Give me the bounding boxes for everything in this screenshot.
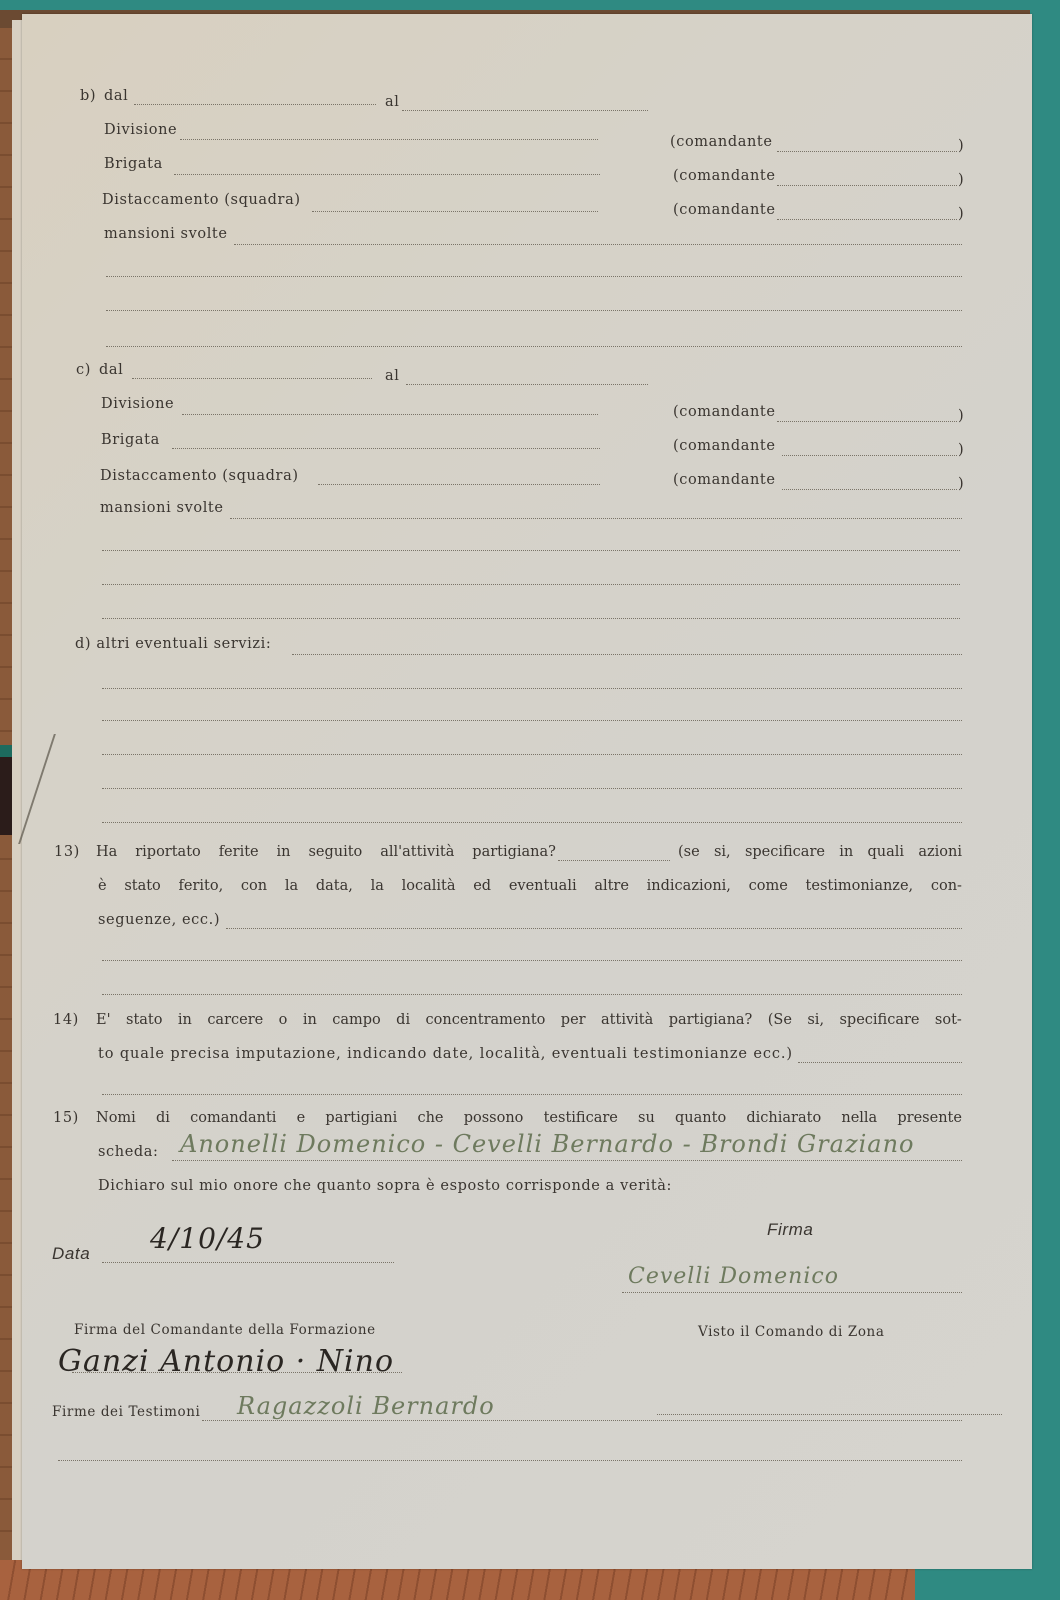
word: specificare bbox=[745, 844, 825, 860]
word: campo bbox=[332, 1012, 381, 1028]
dal-field[interactable] bbox=[132, 378, 372, 379]
close-paren: ) bbox=[958, 138, 964, 154]
q13-line2: è stato ferito, con la data, la località… bbox=[98, 878, 962, 894]
mansioni-field[interactable] bbox=[234, 244, 962, 245]
data-label: Data bbox=[52, 1244, 90, 1264]
altri-servizi-line[interactable] bbox=[102, 788, 962, 789]
word: in bbox=[178, 1012, 192, 1028]
word: (se bbox=[678, 844, 700, 860]
mansioni-field[interactable] bbox=[230, 518, 962, 519]
question-number: 14) bbox=[53, 1012, 79, 1028]
word: seguito bbox=[308, 844, 362, 860]
word: testificare bbox=[544, 1110, 618, 1126]
testimoni-label: Firme dei Testimoni bbox=[52, 1404, 200, 1420]
dal-field[interactable] bbox=[134, 104, 376, 105]
word: Nomi bbox=[96, 1110, 136, 1126]
mansioni-line[interactable] bbox=[102, 618, 960, 619]
comandante-label: (comandante bbox=[673, 168, 776, 184]
word: ed bbox=[473, 878, 491, 894]
word: come bbox=[749, 878, 788, 894]
altri-servizi-line[interactable] bbox=[102, 688, 962, 689]
word: di bbox=[156, 1110, 170, 1126]
divisione-field[interactable] bbox=[180, 139, 598, 140]
word: si, bbox=[807, 1012, 824, 1028]
comandante-formazione-label: Firma del Comandante della Formazione bbox=[74, 1322, 376, 1338]
word: carcere bbox=[207, 1012, 263, 1028]
data-field[interactable] bbox=[102, 1262, 394, 1263]
distaccamento-label: Distaccamento (squadra) bbox=[100, 468, 299, 484]
altri-servizi-label: d) altri eventuali servizi: bbox=[75, 636, 271, 652]
word: quali bbox=[868, 844, 905, 860]
close-paren: ) bbox=[958, 172, 964, 188]
distaccamento-label: Distaccamento (squadra) bbox=[102, 192, 301, 208]
al-label: al bbox=[385, 368, 399, 384]
comandante-brigata-field[interactable] bbox=[777, 185, 957, 186]
brigata-field[interactable] bbox=[172, 448, 600, 449]
scheda-field[interactable] bbox=[172, 1160, 962, 1161]
close-paren: ) bbox=[958, 206, 964, 222]
divisione-label: Divisione bbox=[101, 396, 174, 412]
al-label: al bbox=[385, 94, 399, 110]
comandante-distaccamento-field[interactable] bbox=[777, 219, 957, 220]
word: Ha bbox=[96, 844, 117, 860]
word: data, bbox=[316, 878, 353, 894]
word: sot- bbox=[935, 1012, 962, 1028]
comandante-distaccamento-field[interactable] bbox=[782, 489, 957, 490]
comandante-label: (comandante bbox=[673, 202, 776, 218]
mansioni-line[interactable] bbox=[106, 276, 962, 277]
word: su bbox=[638, 1110, 655, 1126]
word: è bbox=[98, 878, 107, 894]
firma-label: Firma bbox=[767, 1220, 813, 1240]
form-page: b) dal al Divisione (comandante ) Brigat… bbox=[22, 14, 1032, 1569]
section-c-marker: c) bbox=[76, 362, 91, 378]
word: partigiana? bbox=[669, 1012, 753, 1028]
word: e bbox=[297, 1110, 306, 1126]
q14-answer-field[interactable] bbox=[798, 1062, 962, 1063]
word: in bbox=[839, 844, 853, 860]
close-paren: ) bbox=[958, 442, 964, 458]
q13-answer-field[interactable] bbox=[226, 928, 962, 929]
word: dichiarato bbox=[746, 1110, 821, 1126]
word: concentramento bbox=[426, 1012, 546, 1028]
firma-handwritten-value[interactable]: Cevelli Domenico bbox=[628, 1264, 839, 1289]
word: specificare bbox=[839, 1012, 919, 1028]
q14-line1: E' stato in carcere o in campo di concen… bbox=[96, 1012, 962, 1028]
comandante-divisione-field[interactable] bbox=[777, 151, 957, 152]
distaccamento-field[interactable] bbox=[312, 211, 598, 212]
question-number: 13) bbox=[54, 844, 80, 860]
distaccamento-field[interactable] bbox=[318, 484, 600, 485]
testimoni-line[interactable] bbox=[58, 1460, 962, 1461]
data-handwritten-value[interactable]: 4/10/45 bbox=[150, 1222, 265, 1255]
word: partigiana? bbox=[472, 844, 556, 860]
q13-line3: seguenze, ecc.) bbox=[98, 912, 220, 928]
testimoni-handwritten-value[interactable]: Ragazzoli Bernardo bbox=[237, 1392, 495, 1420]
visto-comando-zona-label: Visto il Comando di Zona bbox=[698, 1324, 885, 1340]
question-number: 15) bbox=[53, 1110, 79, 1126]
word: altre bbox=[594, 878, 629, 894]
mansioni-label: mansioni svolte bbox=[100, 500, 224, 516]
q14-line2: to quale precisa imputazione, indicando … bbox=[98, 1046, 793, 1062]
word: località bbox=[402, 878, 456, 894]
word: testimonianze, bbox=[806, 878, 914, 894]
comandante-divisione-field[interactable] bbox=[777, 421, 957, 422]
word: in bbox=[303, 1012, 317, 1028]
close-paren: ) bbox=[958, 476, 964, 492]
mansioni-line[interactable] bbox=[102, 584, 960, 585]
dal-label: dal bbox=[104, 88, 128, 104]
word: ferito, bbox=[179, 878, 224, 894]
word: quanto bbox=[675, 1110, 726, 1126]
word: con- bbox=[931, 878, 962, 894]
word: con bbox=[241, 878, 267, 894]
word: presente bbox=[897, 1110, 962, 1126]
word: la bbox=[285, 878, 298, 894]
word: stato bbox=[124, 878, 160, 894]
close-paren: ) bbox=[958, 408, 964, 424]
altri-servizi-line[interactable] bbox=[102, 720, 962, 721]
comandante-label: (comandante bbox=[673, 472, 776, 488]
word: possono bbox=[464, 1110, 524, 1126]
mansioni-line[interactable] bbox=[106, 346, 962, 347]
visto-comando-zona-field[interactable] bbox=[657, 1414, 1002, 1415]
divisione-field[interactable] bbox=[182, 414, 598, 415]
mansioni-line[interactable] bbox=[106, 310, 962, 311]
q14-answer-line[interactable] bbox=[102, 1094, 962, 1095]
brigata-label: Brigata bbox=[101, 432, 160, 448]
scheda-label: scheda: bbox=[98, 1144, 159, 1160]
q13-answer-line[interactable] bbox=[102, 960, 962, 961]
brigata-field[interactable] bbox=[174, 174, 600, 175]
word: eventuali bbox=[509, 878, 577, 894]
comandante-formazione-signature[interactable]: Ganzi Antonio · Nino bbox=[58, 1344, 394, 1379]
ferite-answer-field[interactable] bbox=[558, 860, 670, 861]
al-field[interactable] bbox=[402, 110, 648, 111]
altri-servizi-field[interactable] bbox=[292, 654, 962, 655]
testimoni-field[interactable] bbox=[202, 1420, 962, 1421]
mansioni-label: mansioni svolte bbox=[104, 226, 228, 242]
brigata-label: Brigata bbox=[104, 156, 163, 172]
word: che bbox=[417, 1110, 443, 1126]
word: la bbox=[371, 878, 384, 894]
word: stato bbox=[126, 1012, 162, 1028]
altri-servizi-line[interactable] bbox=[102, 754, 962, 755]
comandante-label: (comandante bbox=[673, 438, 776, 454]
word: nella bbox=[841, 1110, 877, 1126]
word: azioni bbox=[918, 844, 962, 860]
word: attività bbox=[601, 1012, 653, 1028]
mansioni-line[interactable] bbox=[102, 550, 960, 551]
dal-label: dal bbox=[99, 362, 123, 378]
altri-servizi-line[interactable] bbox=[102, 822, 962, 823]
word: (Se bbox=[768, 1012, 792, 1028]
firma-field[interactable] bbox=[622, 1292, 962, 1293]
q13-answer-line[interactable] bbox=[102, 994, 962, 995]
word: o bbox=[279, 1012, 288, 1028]
al-field[interactable] bbox=[406, 384, 648, 385]
word: riportato bbox=[135, 844, 201, 860]
word: indicazioni, bbox=[647, 878, 731, 894]
word: ferite bbox=[219, 844, 259, 860]
word: comandanti bbox=[190, 1110, 276, 1126]
q15-line1: Nomi di comandanti e partigiani che poss… bbox=[96, 1110, 962, 1126]
comandante-brigata-field[interactable] bbox=[782, 455, 957, 456]
section-b-marker: b) bbox=[80, 88, 96, 104]
comandante-label: (comandante bbox=[673, 404, 776, 420]
word: all'attività bbox=[380, 844, 454, 860]
scheda-handwritten-names[interactable]: Anonelli Domenico - Cevelli Bernardo - B… bbox=[180, 1130, 914, 1158]
word: E' bbox=[96, 1012, 111, 1028]
pencil-mark bbox=[18, 734, 96, 844]
word: in bbox=[277, 844, 291, 860]
divisione-label: Divisione bbox=[104, 122, 177, 138]
word: partigiani bbox=[325, 1110, 397, 1126]
q13-line1b: (se si, specificare in quali azioni bbox=[678, 844, 962, 860]
word: di bbox=[396, 1012, 410, 1028]
declaration: Dichiaro sul mio onore che quanto sopra … bbox=[98, 1178, 672, 1194]
word: si, bbox=[714, 844, 731, 860]
q13-line1a: Ha riportato ferite in seguito all'attiv… bbox=[96, 844, 556, 860]
word: per bbox=[561, 1012, 586, 1028]
comandante-label: (comandante bbox=[670, 134, 773, 150]
